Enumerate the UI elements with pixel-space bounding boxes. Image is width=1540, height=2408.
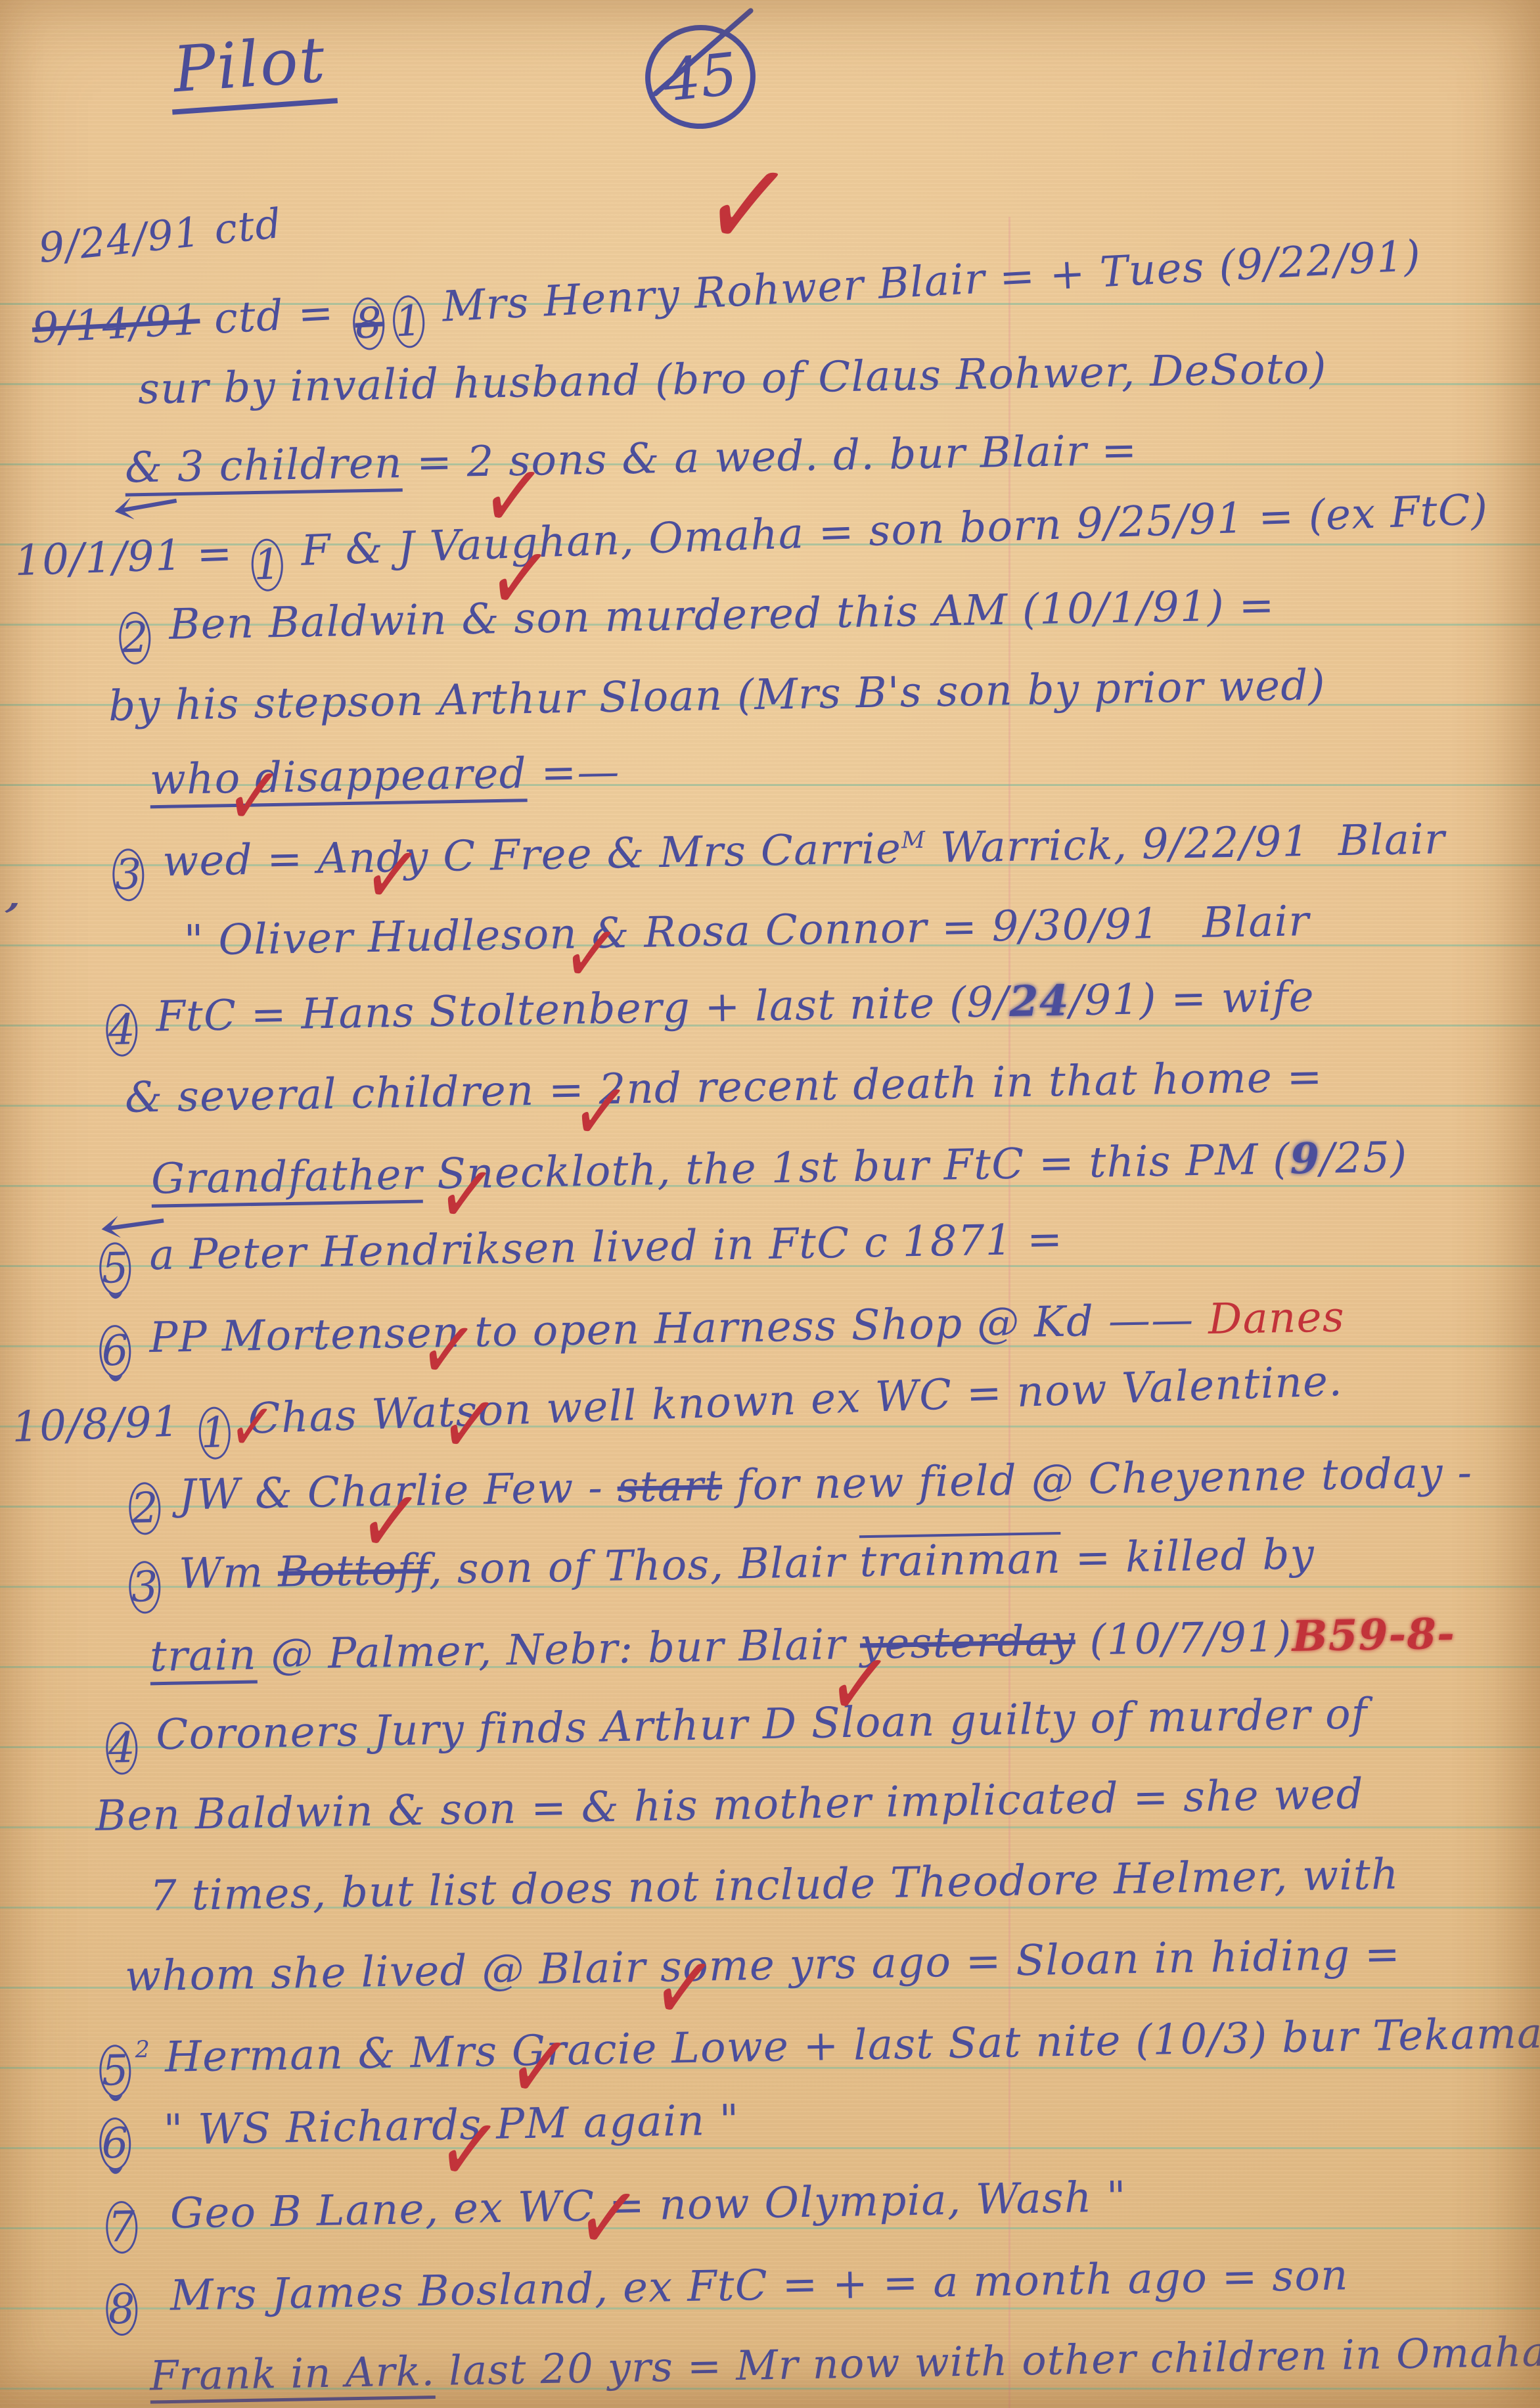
text-segment: Danes [1194,1293,1346,1344]
red-checkmark-icon: ✓ [432,2099,505,2200]
text-segment: Frank in Ark. [150,2347,436,2404]
red-checkmark-icon: ✓ [572,2167,645,2269]
handwriting-line: 6 " WS Richards PM again " [95,2096,740,2168]
text-segment: /91) = wife [1069,973,1315,1026]
red-checkmark-icon: ✓ [436,1379,502,1471]
red-checkmark-icon: ✓ [558,908,624,1000]
notebook-page: Pilot 45 9/24/91 ctd9/14/91 ctd = 81 Mrs… [0,0,1540,2408]
text-segment: " WS Richards PM again " [135,2096,740,2155]
red-checkmark-icon: ✓ [647,1937,720,2039]
text-segment: start [617,1462,723,1512]
ink-flourish: ’ [1,899,22,938]
text-segment: Grandfather [151,1150,424,1207]
red-checkmark-icon: ✓ [222,751,286,842]
circled-number: 1 [251,538,284,592]
text-segment: =— [526,748,620,798]
text-segment: 9/24/91 ctd [36,199,284,272]
circled-number: 8 [351,297,386,351]
text-segment: 24 [1008,976,1070,1027]
circled-number: 5 [99,2045,131,2098]
text-segment: Wm [164,1548,279,1599]
text-segment: /25) [1320,1133,1408,1183]
red-checkmark-icon: ✓ [353,1471,426,1572]
text-segment: trainman [859,1535,1062,1586]
page-title: Pilot [167,22,338,114]
circled-number: 6 [99,1325,131,1378]
red-checkmark-icon: ✓ [567,1066,633,1158]
circled-number: 4 [106,1722,138,1775]
circled-number: 3 [129,1561,161,1614]
page-number: 45 [640,20,761,135]
text-segment: B59-8- [1292,1609,1456,1661]
text-segment: 2 [135,2036,150,2063]
page-title-text: Pilot [171,22,328,106]
circled-number: 4 [106,1004,138,1057]
text-segment: 9 [1290,1134,1321,1184]
circled-number: 1 [198,1406,231,1460]
red-checkmark-icon: ✓ [483,528,556,629]
text-segment: Warrick, 9/22/91 Blair [926,815,1446,873]
handwriting-line: 9/24/91 ctd [36,199,284,272]
red-checkmark-icon: ✓ [823,1634,895,1735]
red-checkmark-icon: ✓ [696,135,800,276]
text-segment: (10/7/91) [1075,1613,1292,1665]
red-checkmark-icon: ✓ [227,1391,278,1464]
text-segment: ctd = [198,288,350,344]
text-segment: who disappeared [149,749,527,808]
circled-number: 3 [112,848,145,902]
text-segment: train [150,1631,258,1686]
circled-number: 6 [99,2118,131,2171]
red-checkmark-icon: ✓ [503,2016,576,2118]
red-checkmark-icon: ✓ [359,829,425,921]
text-segment: , son of Thos, Blair [428,1538,860,1594]
circled-number: 2 [119,612,151,665]
red-checkmark-icon: ✓ [433,1149,499,1241]
circled-number: 2 [129,1482,161,1535]
circled-number: 1 [392,294,426,348]
circled-number: 8 [106,2283,138,2336]
circled-number: 7 [106,2201,138,2254]
text-segment: = killed by [1060,1530,1315,1583]
handwriting-line: who disappeared =— [149,748,620,804]
ink-flourish: ← [95,1193,171,1255]
text-segment: 10/8/91 [11,1397,195,1452]
ink-flourish: ← [107,473,186,537]
text-segment: M [901,827,926,854]
text-segment: 9/14/91 [31,296,201,353]
